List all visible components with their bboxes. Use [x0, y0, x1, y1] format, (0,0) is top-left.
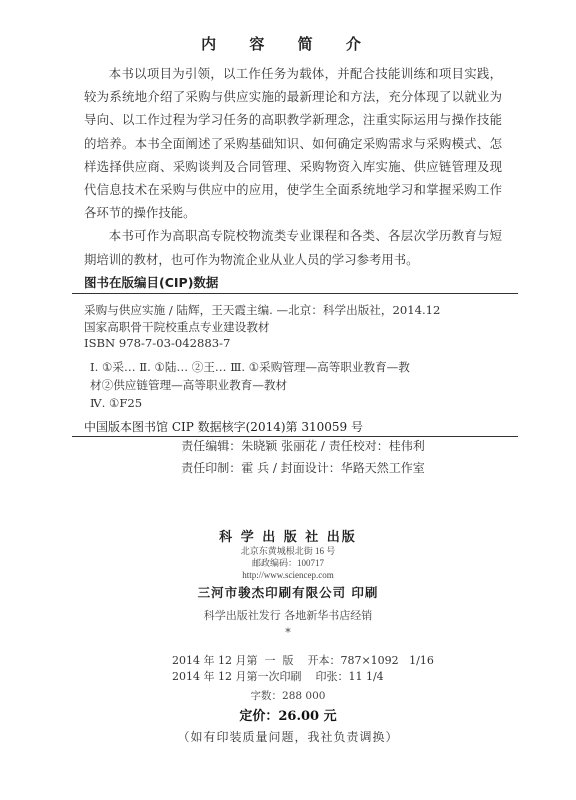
cip-class-line: Ⅰ. ①采… Ⅱ. ①陆… ②王… Ⅲ. ①采购管理—高等职业教育—教 [90, 358, 510, 376]
printer-line: 三河市骏杰印刷有限公司 印刷 [0, 583, 576, 601]
cip-data: 采购与供应实施 / 陆辉，王天霞主编. —北京：科学出版社，2014.12 国家… [84, 302, 514, 352]
publisher-postcode: 邮政编码：100717 [0, 557, 576, 569]
quality-notice: （如有印装质量问题，我社负责调换） [0, 728, 576, 745]
edition-info: 2014 年 12 月第 一 版 开本：787×1092 1/16 2014 年… [172, 653, 434, 685]
cip-series-line: 国家高职骨干院校重点专业建设教材 [84, 319, 514, 336]
word-count: 字数：288 000 [0, 688, 576, 703]
cip-class-line: 材②供应链管理—高等职业教育—教材 [90, 376, 510, 394]
staff-line-editors: 责任编辑：朱晓颖 张丽花 / 责任校对：桂伟利 [0, 435, 576, 457]
edition-line: 2014 年 12 月第 一 版 开本：787×1092 1/16 [172, 653, 434, 669]
cip-record-number: 中国版本图书馆 CIP 数据核字(2014)第 310059 号 [84, 418, 363, 435]
publisher-website: http://www.sciencep.com [0, 569, 576, 581]
intro-paragraph: 本书以项目为引领，以工作任务为载体，并配合技能训练和项目实践，较为系统地介绍了采… [84, 62, 502, 224]
intro-paragraph: 本书可作为高职高专院校物流类专业课程和各类、各层次学历教育与短期培训的教材，也可… [84, 224, 502, 270]
book-introduction: 本书以项目为引领，以工作任务为载体，并配合技能训练和项目实践，较为系统地介绍了采… [84, 62, 502, 271]
cip-class-line: Ⅳ. ①F25 [90, 394, 510, 412]
cip-classification: Ⅰ. ①采… Ⅱ. ①陆… ②王… Ⅲ. ①采购管理—高等职业教育—教 材②供应… [90, 358, 510, 412]
publisher-name: 科 学 出 版 社 出版 [0, 526, 576, 545]
cip-isbn-line: ISBN 978-7-03-042883-7 [84, 335, 514, 352]
distributor-line: 科学出版社发行 各地新华书店经销 [0, 607, 576, 623]
publisher-block: 科 学 出 版 社 出版 北京东黄城根北街 16 号 邮政编码：100717 h… [0, 526, 576, 581]
staff-credits: 责任编辑：朱晓颖 张丽花 / 责任校对：桂伟利 责任印制：霍 兵 / 封面设计：… [0, 435, 576, 479]
printing-line: 2014 年 12 月第一次印刷 印张：11 1/4 [172, 669, 434, 685]
cip-title-line: 采购与供应实施 / 陆辉，王天霞主编. —北京：科学出版社，2014.12 [84, 302, 514, 319]
price: 定价：26.00 元 [0, 705, 576, 724]
copyright-page: 内 容 简 介 本书以项目为引领，以工作任务为载体，并配合技能训练和项目实践，较… [0, 0, 576, 800]
page-title: 内 容 简 介 [0, 33, 576, 54]
cip-heading: 图书在版编目(CIP)数据 [84, 273, 218, 291]
separator-star: * [0, 626, 576, 639]
divider [72, 293, 518, 294]
publisher-address: 北京东黄城根北街 16 号 [0, 545, 576, 557]
staff-line-production: 责任印制：霍 兵 / 封面设计：华路天然工作室 [0, 457, 576, 479]
